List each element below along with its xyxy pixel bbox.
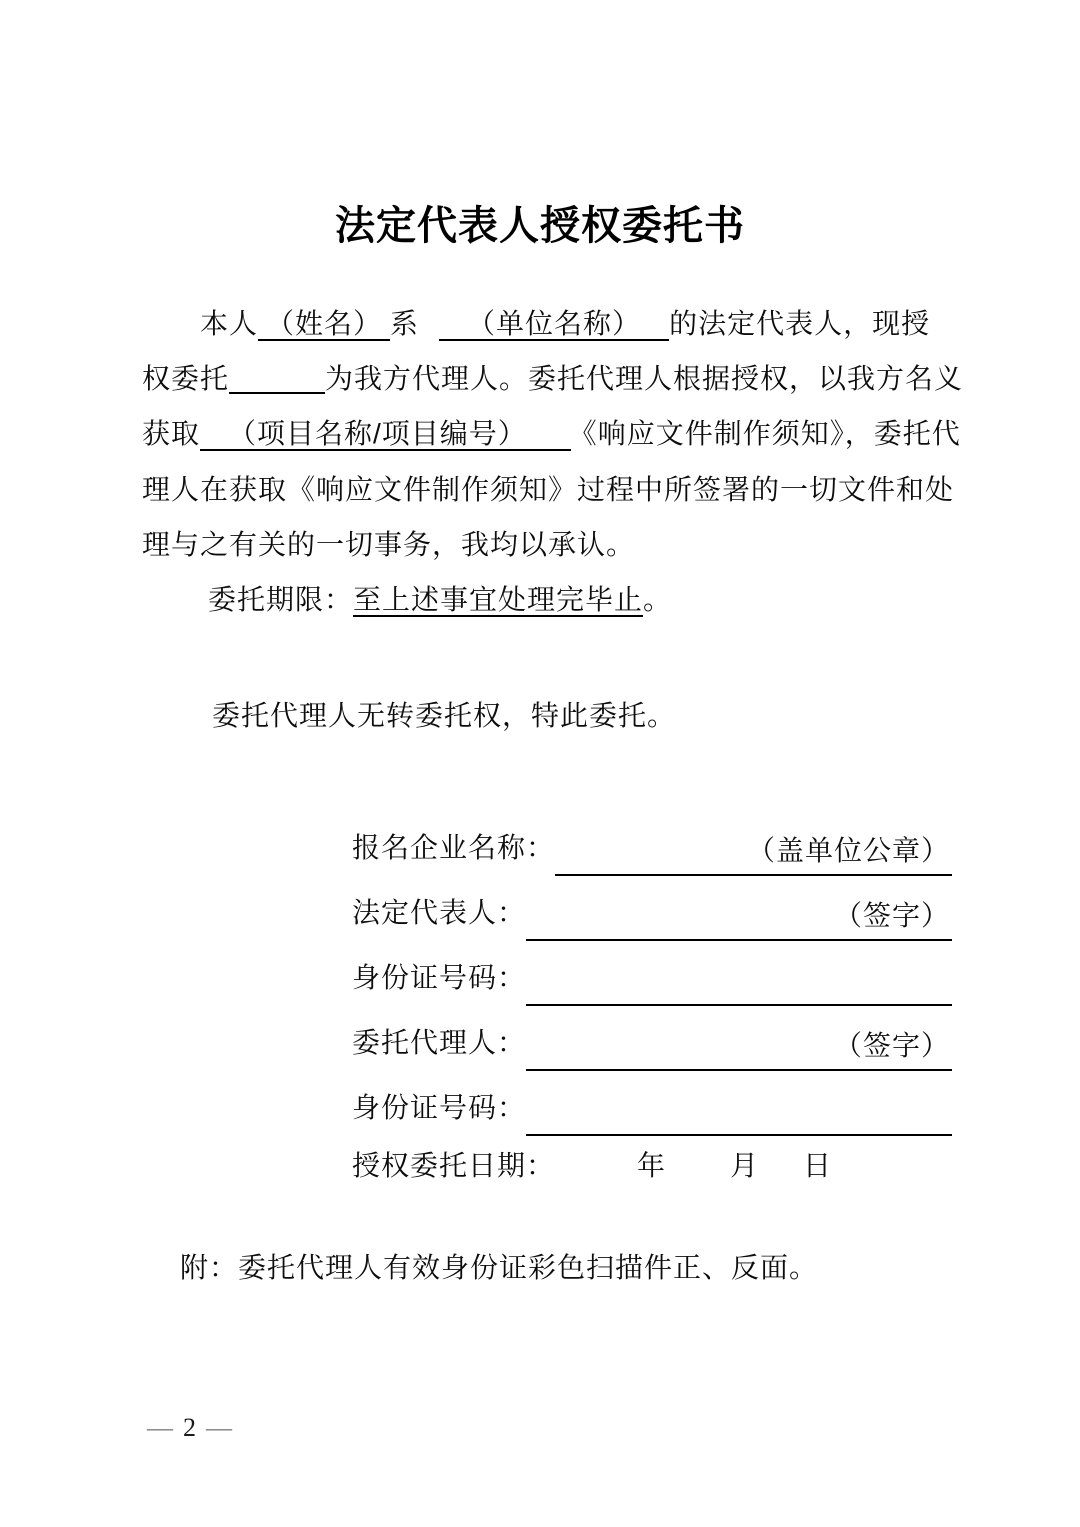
form-row-legal-representative: 法定代表人：（签字）: [352, 885, 952, 941]
text-run: 为我方代理人。委托代理人根据授权，以我方名义: [325, 363, 963, 394]
term-line: 委托期限：至上述事宜处理完毕止。: [208, 572, 672, 627]
term-value: 至上述事宜处理完毕止: [353, 584, 643, 617]
form-label: 身份证号码：: [352, 1092, 526, 1123]
body-line-4: 理人在获取《响应文件制作须知》过程中所签署的一切文件和处: [142, 462, 954, 517]
page-title: 法定代表人授权委托书: [0, 196, 1080, 256]
form-label: 身份证号码：: [352, 962, 526, 993]
blank-name-field: （姓名）: [258, 308, 390, 341]
month-label: 月: [730, 1150, 759, 1181]
text-run: 理人在获取《响应文件制作须知》过程中所签署的一切文件和处: [142, 474, 954, 505]
footer-dash-right: —: [206, 1413, 232, 1442]
form-row-company-name: 报名企业名称：（盖单位公章）: [352, 820, 952, 876]
body-line-2: 权委托为我方代理人。委托代理人根据授权，以我方名义: [142, 351, 963, 406]
body-line-3: 获取（项目名称/项目编号）《响应文件制作须知》，委托代: [142, 406, 961, 461]
text-run: 《响应文件制作须知》，委托代: [583, 418, 961, 449]
no-delegate-line: 委托代理人无转委托权，特此委托。: [212, 688, 676, 743]
term-period: 。: [643, 584, 672, 615]
text-run: 权委托: [142, 363, 229, 394]
attachment-note: 附：委托代理人有效身份证彩色扫描件正、反面。: [180, 1240, 818, 1295]
blank-agent-field: [229, 362, 325, 394]
page-footer: —2—: [147, 1411, 232, 1445]
text-run: 附：委托代理人有效身份证彩色扫描件正、反面。: [180, 1252, 818, 1283]
signature-underline: （盖单位公章）: [555, 827, 952, 876]
term-label: 委托期限：: [208, 584, 353, 615]
body-line-5: 理与之有关的一切事务，我均以承认。: [142, 517, 635, 572]
blank-company-field: （单位名称）: [439, 308, 669, 341]
document-page: 法定代表人授权委托书 本人（姓名）系（单位名称）的法定代表人，现授 权委托为我方…: [0, 0, 1080, 1527]
text-run: 本人: [200, 308, 258, 339]
form-row-id-number-1: 身份证号码：: [352, 950, 952, 1006]
footer-page-number: 2: [183, 1413, 196, 1442]
text-run: 获取: [142, 418, 200, 449]
text-run: 系: [390, 308, 419, 339]
day-label: 日: [803, 1150, 832, 1181]
form-row-id-number-2: 身份证号码：: [352, 1080, 952, 1136]
form-label: 报名企业名称：: [352, 832, 555, 863]
form-label: 授权委托日期：: [352, 1150, 555, 1181]
sign-note: （签字）: [834, 900, 950, 931]
form-row-date: 授权委托日期：年月日: [352, 1138, 832, 1194]
footer-dash-left: —: [147, 1413, 173, 1442]
body-line-1: 本人（姓名）系（单位名称）的法定代表人，现授: [200, 296, 930, 351]
blank-project-field: （项目名称/项目编号）: [200, 418, 571, 451]
form-label: 委托代理人：: [352, 1027, 526, 1058]
form-label: 法定代表人：: [352, 897, 526, 928]
signature-underline: （签字）: [526, 1022, 952, 1071]
text-run: 委托代理人无转委托权，特此委托。: [212, 700, 676, 731]
form-row-authorized-agent: 委托代理人：（签字）: [352, 1015, 952, 1071]
signature-underline: （签字）: [526, 892, 952, 941]
text-run: 的法定代表人，现授: [669, 308, 930, 339]
sign-note: （签字）: [834, 1030, 950, 1061]
signature-underline: [526, 957, 952, 1006]
text-run: 理与之有关的一切事务，我均以承认。: [142, 529, 635, 560]
signature-underline: [526, 1087, 952, 1136]
stamp-note: （盖单位公章）: [747, 835, 950, 866]
year-label: 年: [637, 1150, 666, 1181]
